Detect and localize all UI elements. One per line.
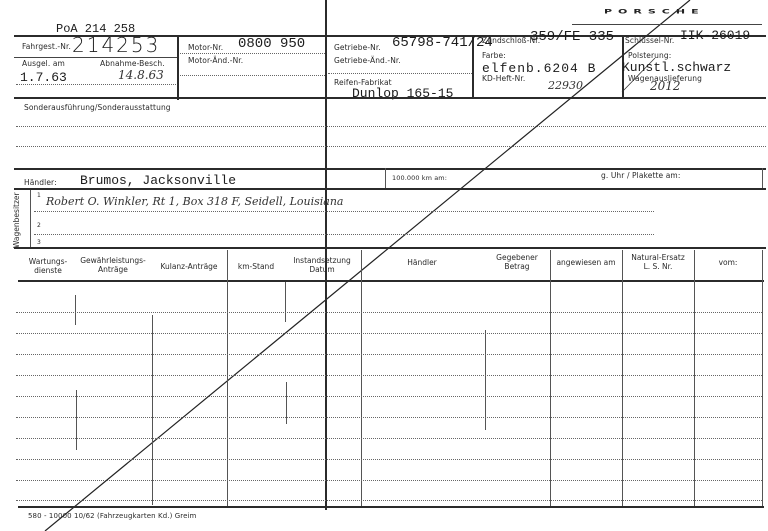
divider: [325, 0, 327, 510]
divider: [550, 250, 551, 506]
divider: [14, 247, 766, 249]
table-header-bottom: [18, 280, 764, 282]
special-equipment-line-1[interactable]: [16, 126, 766, 127]
gearbox-label: Getriebe-Nr.: [334, 43, 381, 52]
col-maintenance: Wartungs- dienste: [20, 257, 76, 275]
table-row[interactable]: [16, 500, 762, 501]
delivered-date: 1.7.63: [20, 70, 67, 85]
kd-book-label: KD-Heft-Nr.: [482, 74, 525, 83]
col-km-reading: km-Stand: [228, 262, 284, 271]
kd-book-value: 22930: [548, 79, 583, 92]
col-replacement: Natural-Ersatz L. S. Nr.: [622, 253, 694, 271]
owner-1-num: 1: [37, 192, 41, 199]
table-row[interactable]: [16, 354, 762, 355]
col-from: vom:: [694, 258, 762, 267]
owner-1-value[interactable]: Robert O. Winkler, Rt 1, Box 318 F, Seid…: [46, 195, 344, 208]
chassis-label: Fahrgest.-Nr.: [22, 42, 71, 51]
table-bottom-border: [18, 506, 764, 508]
delivered-label: Ausgel. am: [22, 59, 65, 68]
table-row[interactable]: [16, 438, 762, 439]
divider: [30, 190, 31, 247]
engine-number: 0800 950: [238, 36, 305, 52]
gearbox-change-label: Getriebe-Änd.-Nr.: [334, 56, 401, 65]
divider: [285, 282, 286, 322]
print-code: 580 - 10000 10/62 (Fahrzeugkarten Kd.) G…: [28, 512, 196, 520]
divider: [75, 295, 76, 325]
inspection-label: Abnahme-Besch.: [100, 59, 165, 68]
gearbox-number: 65798-741/24: [392, 35, 493, 51]
chassis-number: 214253: [72, 33, 160, 57]
divider: [485, 330, 486, 430]
owner-2-num: 2: [37, 222, 41, 229]
engine-label: Motor-Nr.: [188, 43, 223, 52]
owners-label: Wagenbesitzer: [12, 192, 21, 248]
upholstery-label: Polsterung:: [628, 51, 671, 60]
divider: [572, 24, 762, 25]
divider: [14, 188, 766, 190]
divider: [152, 315, 153, 505]
divider: [694, 250, 695, 506]
col-dealer: Händler: [360, 258, 484, 267]
table-row[interactable]: [16, 459, 762, 460]
owner-2-line[interactable]: [34, 234, 654, 235]
dealer-value: Brumos, Jacksonville: [80, 173, 236, 188]
divider: [762, 168, 763, 188]
col-warranty: Gewährleistungs- Anträge: [72, 256, 154, 274]
divider: [177, 35, 179, 100]
km-100k-label: 100.000 km am:: [392, 174, 447, 182]
table-row[interactable]: [16, 396, 762, 397]
key-label: Schlüssel-Nr.: [625, 36, 674, 45]
upholstery-value: Kunstl.schwarz: [622, 60, 731, 75]
table-row[interactable]: [16, 480, 762, 481]
engine-change-label: Motor-Änd.-Nr.: [188, 56, 243, 65]
col-goodwill: Kulanz-Anträge: [152, 262, 226, 271]
owner-3-num: 3: [37, 239, 41, 246]
col-repair-date: Instandsetzung Datum: [284, 256, 360, 274]
dotted-line: [34, 211, 654, 212]
dotted-line: [328, 73, 472, 74]
dealer-label: Händler:: [24, 178, 57, 187]
table-row[interactable]: [16, 312, 762, 313]
porsche-logo: PORSCHE: [604, 8, 705, 15]
dotted-line: [180, 53, 325, 54]
clock-plaque-label: g. Uhr / Plakette am:: [601, 171, 680, 180]
divider: [385, 168, 386, 188]
divider: [361, 250, 362, 506]
divider: [14, 168, 766, 170]
ignition-lock-value: 359/FE 335: [530, 29, 614, 45]
inspection-date: 14.8.63: [118, 68, 164, 82]
key-value: IIK-26019: [680, 28, 750, 43]
divider: [762, 250, 763, 506]
divider: [76, 390, 77, 450]
special-equipment-label: Sonderausführung/Sonderausstattung: [24, 103, 171, 112]
table-row[interactable]: [16, 417, 762, 418]
divider: [227, 250, 228, 506]
table-row[interactable]: [16, 333, 762, 334]
col-amount: Gegebener Betrag: [484, 253, 550, 271]
header-bottom-border: [14, 97, 766, 99]
divider: [622, 250, 623, 506]
table-row[interactable]: [16, 375, 762, 376]
dotted-line: [16, 84, 176, 85]
dotted-line: [180, 75, 325, 76]
delivery-value: 2012: [650, 79, 681, 93]
col-instructed-on: angewiesen am: [550, 258, 622, 267]
color-label: Farbe:: [482, 51, 506, 60]
divider: [14, 57, 177, 58]
special-equipment-line-2[interactable]: [16, 146, 766, 147]
